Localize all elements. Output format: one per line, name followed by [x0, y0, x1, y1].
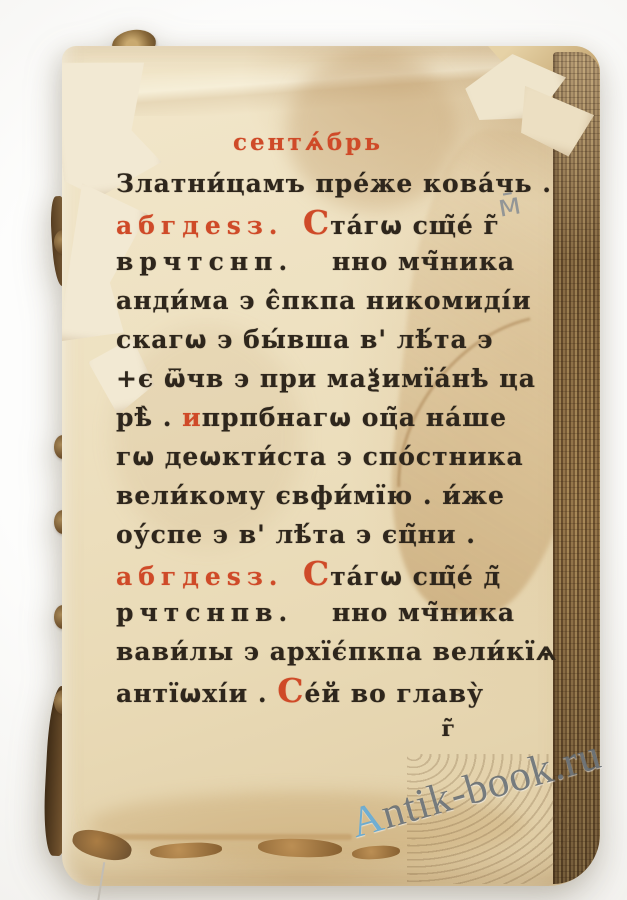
text-line: врчтснп. нно мч̃ника — [116, 242, 500, 281]
text-line: вели́кому євфи́мїю . и́же — [116, 476, 500, 515]
ink-text: оу́спе э в' лѣ́та э єц̃ни . — [116, 520, 476, 549]
text-line: скагѡ э бы́вша в' лѣ́та э — [116, 320, 500, 359]
ink-text: Златни́цамъ пре́же кова́чь . — [116, 169, 552, 198]
rubric-text: С — [277, 671, 304, 710]
ink-text: рѣ̀ . — [116, 403, 182, 432]
rubric-text: и — [182, 403, 202, 432]
rubric-text: абгдеѕз. — [116, 562, 284, 591]
ink-text: анди́ма э є̂пкпа никомиді́и — [116, 286, 532, 315]
text-line: гѡ деѡкти́ста э спо́стника — [116, 437, 500, 476]
photo-scene: сентѧ́брьЗлатни́цамъ пре́же кова́чь .абг… — [0, 0, 627, 900]
rubric-text: абгдеѕз. — [116, 211, 284, 240]
ink-text: гѡ деѡкти́ста э спо́стника — [116, 442, 524, 471]
ink-text: е́й во главу̀ — [305, 679, 484, 708]
text-line: оу́спе э в' лѣ́та э єц̃ни . — [116, 515, 500, 554]
ink-text: антїѡхі́и . — [116, 679, 277, 708]
rubric-text: С — [303, 554, 330, 593]
text-line: анди́ма э є̂пкпа никомиді́и — [116, 281, 500, 320]
ink-text: врчтснп. — [116, 247, 293, 276]
text-line: Златни́цамъ пре́же кова́чь . — [116, 164, 500, 203]
ink-text — [284, 562, 303, 591]
ink-text: нно мч̃ника — [293, 247, 515, 276]
text-line: антїѡхі́и . Се́й во главу̀ — [116, 671, 500, 710]
rubric-text: сентѧ́брь — [233, 129, 383, 156]
text-line: рчтснпв. нно мч̃ника — [116, 593, 500, 632]
month-title: сентѧ́брь — [116, 128, 500, 164]
ink-text: вави́лы э архїє́пкпа вели́кїѧ — [116, 637, 557, 666]
ink-text: +є ѿчв э при маѯимїа́нѣ ца — [116, 364, 536, 393]
text-block: сентѧ́брьЗлатни́цамъ пре́же кова́чь .абг… — [116, 128, 500, 749]
ink-text: нно мч̃ника — [293, 598, 515, 627]
text-line: абгдеѕз. Ста́гѡ сщ̃е́ г̃ — [116, 203, 500, 242]
ink-text: скагѡ э бы́вша в' лѣ́та э — [116, 325, 494, 354]
ink-text: г̃ — [442, 716, 456, 742]
text-line: +є ѿчв э при маѯимїа́нѣ ца — [116, 359, 500, 398]
ink-text: вели́кому євфи́мїю . и́же — [116, 481, 505, 510]
text-line: вави́лы э архїє́пкпа вели́кїѧ — [116, 632, 500, 671]
ink-text: рчтснпв. — [116, 598, 293, 627]
ink-text: та́гѡ сщ̃е́ г̃ — [330, 211, 500, 240]
catchword: г̃ — [116, 710, 500, 749]
ink-text: та́гѡ сщ̃е́ д̃ — [330, 562, 501, 591]
ink-text — [284, 211, 303, 240]
text-line: рѣ̀ . ипрпбнагѡ оц̃а на́ше — [116, 398, 500, 437]
rubric-text: С — [303, 203, 330, 242]
ink-text: прпбнагѡ оц̃а на́ше — [202, 403, 507, 432]
text-line: абгдеѕз. Ста́гѡ сщ̃е́ д̃ — [116, 554, 500, 593]
